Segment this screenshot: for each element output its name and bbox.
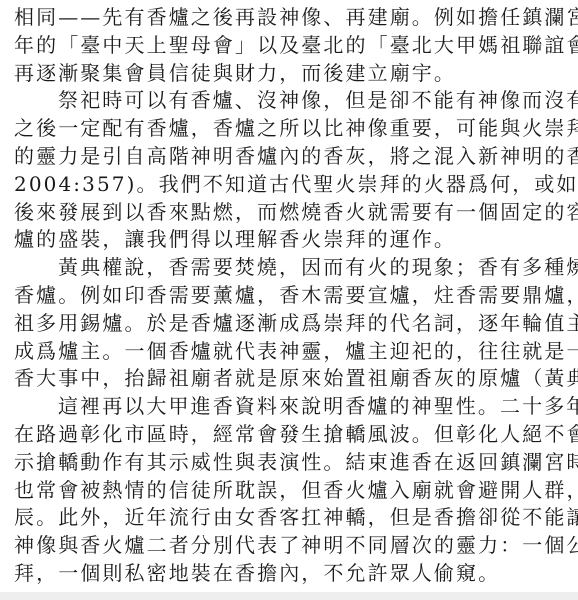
text-line: 辰。此外，近年流行由女香客扛神轎，但是香擔卻從不能讓女人靠近。這顯示 <box>14 504 570 532</box>
text-line: 香大事中，抬歸祖廟者就是原來始置祖廟香灰的原爐（黃典權 1991:124)。 <box>14 365 570 393</box>
text-line: 神像與香火爐二者分別代表了神明不同層次的靈力：一個公開展示給眾人膜 <box>14 532 570 560</box>
text-line: 後來發展到以香來點燃，而燃燒香火就需要有一個固定的容器。也因爲有了香 <box>14 199 570 227</box>
text-line: 年的「臺中天上聖母會」以及臺北的「臺北大甲媽祖聯誼會」，均是先有香爐， <box>14 32 570 60</box>
paragraph-1: 相同——先有香爐之後再設神像、再建廟。例如擔任鎮瀾宮頭香團體長達十多 年的「臺中… <box>14 4 570 87</box>
text-line: 拜，一個則私密地裝在香擔內，不允許眾人偷窺。 <box>14 560 570 588</box>
text-line: 成爲爐主。一個香爐就代表神靈，爐主迎祀的，往往就是一座香爐。在民間割 <box>14 338 570 366</box>
text-line: 示搶轎動作有其示威性與表演性。結束進香在返回鎮瀾宮時，神轎入廟的時間 <box>14 449 570 477</box>
text-line: 香爐。例如印香需要薰爐，香木需要宣爐，炷香需要鼎爐，祭神多用銅爐，祭 <box>14 282 570 310</box>
page-bottom-edge <box>0 592 578 600</box>
text-line: 這裡再以大甲進香資料來說明香爐的神聖性。二十多年來每次鎮瀾宮進香 <box>14 393 570 421</box>
text-line: 在路過彰化市區時，經常會發生搶轎風波。但彰化人絕不會搶大甲香火爐，顯 <box>14 421 570 449</box>
paragraph-3: 黃典權說，香需要焚燒，因而有火的現象；香有多種燒法，因此需要各種 香爐。例如印香… <box>14 254 570 393</box>
text-line: 祭祀時可以有香爐、沒神像，但是卻不能有神像而沒有香爐。塑造新神像 <box>14 87 570 115</box>
text-line: 相同——先有香爐之後再設神像、再建廟。例如擔任鎮瀾宮頭香團體長達十多 <box>14 4 570 32</box>
document-page: 相同——先有香爐之後再設神像、再建廟。例如擔任鎮瀾宮頭香團體長達十多 年的「臺中… <box>14 4 570 588</box>
text-line: 爐的盛裝，讓我們得以理解香火崇拜的運作。 <box>14 226 570 254</box>
text-line: 的靈力是引自高階神明香爐內的香灰，將之混入新神明的香爐內而成（林瑋嬪 <box>14 143 570 171</box>
text-line: 也常會被熱情的信徒所耽誤，但香火爐入廟就會避開人群，嚴謹地遵守入廟時 <box>14 477 570 505</box>
paragraph-4: 這裡再以大甲進香資料來說明香爐的神聖性。二十多年來每次鎮瀾宮進香 在路過彰化市區… <box>14 393 570 588</box>
paragraph-2: 祭祀時可以有香爐、沒神像，但是卻不能有神像而沒有香爐。塑造新神像 之後一定配有香… <box>14 87 570 254</box>
text-line: 黃典權說，香需要焚燒，因而有火的現象；香有多種燒法，因此需要各種 <box>14 254 570 282</box>
text-line: 祖多用錫爐。於是香爐逐漸成爲崇拜的代名詞，逐年輪值主持祭祀的東家也就 <box>14 310 570 338</box>
text-line: 2004:357)。我們不知道古代聖火崇拜的火器爲何，或如何執行等等；但是聖火 <box>14 171 570 199</box>
text-line: 再逐漸聚集會員信徒與財力，而後建立廟宇。 <box>14 60 570 88</box>
text-line: 之後一定配有香爐，香爐之所以比神像重要，可能與火崇拜有關。民間新神像 <box>14 115 570 143</box>
